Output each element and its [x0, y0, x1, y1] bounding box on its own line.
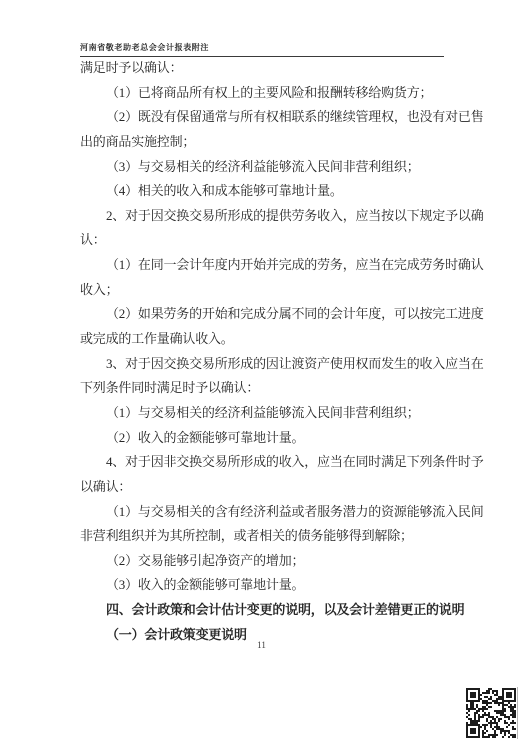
body-line: （2）交易能够引起净资产的增加； [80, 549, 444, 574]
body-line: 2、对于因交换交易所形成的提供劳务收入，应当按以下规定予以确 [80, 204, 444, 229]
body-line: 以确认： [80, 475, 444, 500]
body-line: （3）收入的金额能够可靠地计量。 [80, 573, 444, 598]
body-line: （1）与交易相关的含有经济利益或者服务潜力的资源能够流入民间 [80, 500, 444, 525]
qr-code-icon [466, 688, 516, 738]
body-line: （2）收入的金额能够可靠地计量。 [80, 426, 444, 451]
body-line: 认： [80, 228, 444, 253]
body-line: 4、对于因非交换交易所形成的收入，应当在同时满足下列条件时予 [80, 450, 444, 475]
body-line: 满足时予以确认： [80, 56, 444, 81]
section-heading: 四、会计政策和会计估计变更的说明，以及会计差错更正的说明 [80, 598, 444, 623]
body-line: （3）与交易相关的经济利益能够流入民间非营利组织； [80, 155, 444, 180]
body-line: （1）已将商品所有权上的主要风险和报酬转移给购货方； [80, 81, 444, 106]
body-line: 下列条件同时满足时予以确认： [80, 376, 444, 401]
body-text: 满足时予以确认： （1）已将商品所有权上的主要风险和报酬转移给购货方； （2）既… [80, 56, 444, 647]
scan-artifact-line [517, 687, 518, 739]
body-line: （4）相关的收入和成本能够可靠地计量。 [80, 179, 444, 204]
report-header: 河南省敬老助老总会会计报表附注 [80, 42, 444, 57]
body-line: （1）在同一会计年度内开始并完成的劳务，应当在完成劳务时确认 [80, 253, 444, 278]
body-line: 3、对于因交换交易所形成的因让渡资产使用权而发生的收入应当在 [80, 352, 444, 377]
body-line: （1）与交易相关的经济利益能够流入民间非营利组织； [80, 401, 444, 426]
body-line: （2）如果劳务的开始和完成分属不同的会计年度，可以按完工进度 [80, 302, 444, 327]
page-number: 11 [0, 640, 523, 650]
document-page: 河南省敬老助老总会会计报表附注 满足时予以确认： （1）已将商品所有权上的主要风… [0, 0, 523, 745]
body-line: 出的商品实施控制； [80, 130, 444, 155]
body-line: 或完成的工作量确认收入。 [80, 327, 444, 352]
body-line: （2）既没有保留通常与所有权相联系的继续管理权，也没有对已售 [80, 105, 444, 130]
body-line: 非营利组织并为其所控制，或者相关的债务能够得到解除； [80, 524, 444, 549]
body-line: 收入； [80, 278, 444, 303]
